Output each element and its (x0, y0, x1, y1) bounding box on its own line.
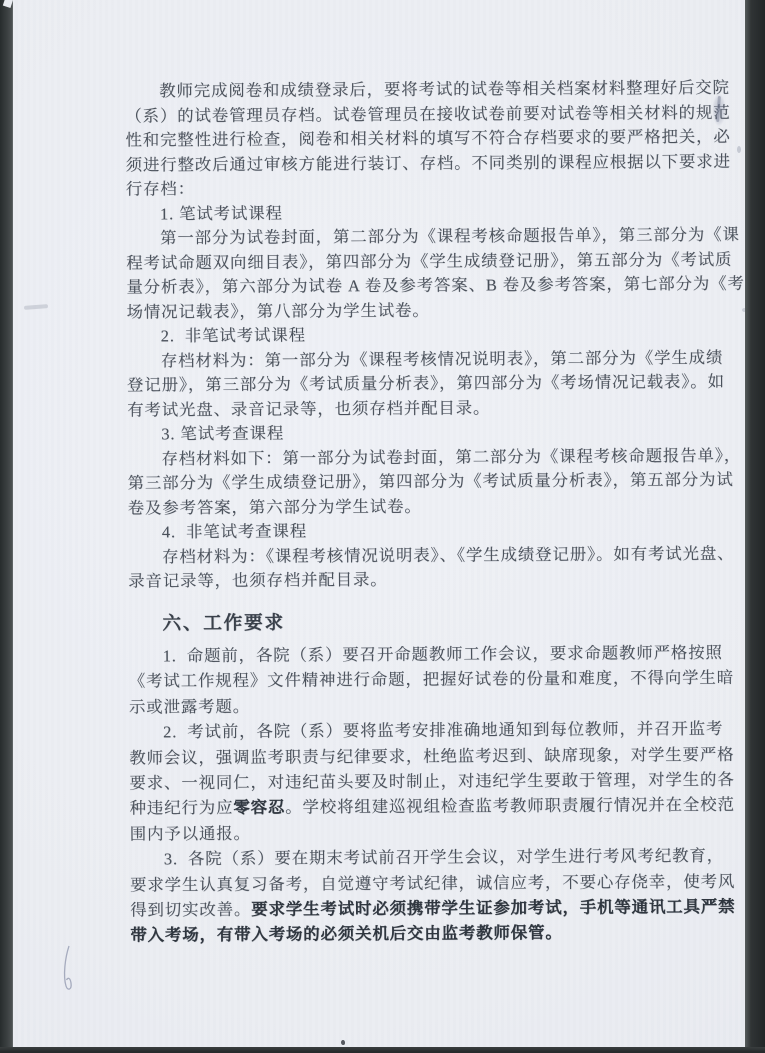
document-line: 性和完整性进行检查，阅卷和相关材料的填写不符合存档要求的要严格把关，必 (125, 125, 725, 153)
text-segment: 存档材料为：《课程考核情况说明表》、《学生成绩登记册》。如有考试光盘、 (162, 543, 734, 565)
document-line: 围内予以通报。 (130, 818, 730, 847)
document-line: 要求学生认真复习备考，自觉遵守考试纪律，诚信应考，不要心存侥幸，使考风 (130, 868, 730, 897)
document-line: 4. 非笔试考查课程 (128, 517, 728, 545)
section-heading: 六、工作要求 (162, 609, 285, 640)
text-segment: 教师会议，强调监考职责与纪律要求，杜绝监考迟到、缺席现象，对学生要严格 (129, 744, 734, 767)
text-segment: 示或泄露考题。 (129, 697, 250, 717)
text-segment: 存档材料为：第一部分为《课程考核情况说明表》，第二部分为《学生成绩 (161, 347, 723, 369)
text-segment: 量分析表》，第六部分为试卷 A 卷及参考答案、B 卷及参考答案，第七部分为《考 (126, 274, 744, 297)
document-line: 1. 命题前，各院（系）要召开命题教师工作会议，要求命题教师严格按照 (129, 640, 729, 669)
text-segment: 第一部分为试卷封面，第二部分为《课程考核命题报告单》，第三部分为《课 (160, 225, 740, 248)
document-line: 有考试光盘、录音记录等，也须存档并配目录。 (127, 394, 727, 422)
text-segment: 4. 非笔试考查课程 (162, 521, 307, 541)
text-segment: 场情况记载表》，第八部分为学生试卷。 (126, 300, 429, 321)
text-segment: 得到切实改善。 (130, 900, 251, 920)
text-segment: 3. 笔试考查课程 (161, 424, 284, 444)
text-segment: 《考试工作规程》文件精神进行命题，把握好试卷的份量和难度，不得向学生暗 (129, 668, 734, 691)
text-segment: 1. 命题前，各院（系）要召开命题教师工作会议，要求命题教师严格按照 (163, 643, 723, 665)
document-line: 种违纪行为应零容忍。学校将组建巡视组检查监考教师职责履行情况并在全校范 (130, 792, 730, 821)
document-line: 存档材料为：第一部分为《课程考核情况说明表》，第二部分为《学生成绩 (127, 345, 727, 373)
scanner-band-bottom (0, 1047, 765, 1053)
document-line: 3. 笔试考查课程 (127, 419, 727, 447)
document-line: （系）的试卷管理员存档。试卷管理员在接收试卷前要对试卷等相关材料的规范 (125, 100, 725, 128)
text-segment: 登记册》，第三部分为《考试质量分析表》，第四部分为《考场情况记载表》。如 (127, 372, 725, 395)
archiving-requirements-section: 教师完成阅卷和成绩登录后，要将考试的试卷等相关档案材料整理好后交院（系）的试卷管… (125, 76, 728, 594)
document-line: 第三部分为《学生成绩登记册》，第四部分为《考试质量分析表》，第五部分为试 (128, 468, 728, 496)
document-line: 登记册》，第三部分为《考试质量分析表》，第四部分为《考场情况记载表》。如 (127, 370, 727, 398)
document-line: 2. 非笔试考试课程 (127, 321, 727, 349)
text-segment: 3. 各院（系）要在期末考试前召开学生会议，对学生进行考风考纪教育， (164, 846, 724, 868)
text-segment: 要求学生考试时必须携带学生证参加考试，手机等通讯工具严禁 (251, 897, 735, 919)
document-line: 量分析表》，第六部分为试卷 A 卷及参考答案、B 卷及参考答案，第七部分为《考 (126, 272, 726, 300)
text-segment: 零容忍 (233, 798, 285, 817)
scanner-band-left (0, 0, 13, 1053)
document-line: 要求、一视同仁，对违纪苗头要及时制止，对违纪学生要敢于管理，对学生的各 (129, 767, 729, 796)
text-segment: 要求、一视同仁，对违纪苗头要及时制止，对违纪学生要敢于管理，对学生的各 (129, 770, 734, 793)
text-segment: 须进行整改后通过审核方能进行装订、存档。不同类别的课程应根据以下要求进 (126, 151, 731, 174)
document-line: 示或泄露考题。 (129, 691, 729, 720)
document-line: 场情况记载表》，第八部分为学生试卷。 (126, 296, 726, 324)
document-line: 行存档： (126, 174, 726, 202)
document-line: 卷及参考答案，第六部分为学生试卷。 (128, 492, 728, 520)
text-segment: 性和完整性进行检查，阅卷和相关材料的填写不符合存档要求的要严格把关，必 (125, 127, 730, 150)
text-segment: 教师完成阅卷和成绩登录后，要将考试的试卷等相关档案材料整理好后交院 (159, 78, 730, 100)
document-line: 教师完成阅卷和成绩登录后，要将考试的试卷等相关档案材料整理好后交院 (125, 76, 725, 104)
text-segment: 带入考场，有带入考场的必须关机后交由监考教师保管。 (130, 923, 562, 945)
text-segment: 存档材料如下：第一部分为试卷封面，第二部分为《课程考核命题报告单》， (161, 445, 741, 468)
text-segment: 围内予以通报。 (130, 824, 251, 844)
document-line: 程考试命题双向细目表》，第四部分为《学生成绩登记册》，第五部分为《考试质 (126, 247, 726, 275)
paper-notch (3, 0, 13, 8)
document-line: 须进行整改后通过审核方能进行装订、存档。不同类别的课程应根据以下要求进 (126, 149, 726, 177)
document-line: 录音记录等，也须存档并配目录。 (128, 566, 728, 594)
text-segment: 有考试光盘、录音记录等，也须存档并配目录。 (127, 398, 490, 419)
document-line: 3. 各院（系）要在期末考试前召开学生会议，对学生进行考风考纪教育， (130, 843, 730, 872)
text-segment: 程考试命题双向细目表》，第四部分为《学生成绩登记册》，第五部分为《考试质 (126, 249, 732, 272)
document-line: 《考试工作规程》文件精神进行命题，把握好试卷的份量和难度，不得向学生暗 (129, 665, 729, 694)
work-requirements-section: 1. 命题前，各院（系）要召开命题教师工作会议，要求命题教师严格按照《考试工作规… (129, 640, 731, 948)
text-segment: 1. 笔试考试课程 (160, 203, 283, 223)
text-segment: 2. 非笔试考试课程 (161, 325, 306, 345)
document-line: 2. 考试前，各院（系）要将监考安排准确地通知到每位教师，并召开监考 (129, 716, 729, 745)
document-line: 带入考场，有带入考场的必须关机后交由监考教师保管。 (130, 919, 730, 948)
document-line: 教师会议，强调监考职责与纪律要求，杜绝监考迟到、缺席现象，对学生要严格 (129, 741, 729, 770)
scanner-band-right (745, 0, 765, 1053)
document-line: 第一部分为试卷封面，第二部分为《课程考核命题报告单》，第三部分为《课 (126, 223, 726, 251)
document-line: 得到切实改善。要求学生考试时必须携带学生证参加考试，手机等通讯工具严禁 (130, 894, 730, 923)
text-segment: 行存档： (126, 179, 195, 198)
text-segment: 卷及参考答案，第六部分为学生试卷。 (128, 496, 422, 517)
text-segment: 2. 考试前，各院（系）要将监考安排准确地通知到每位教师，并召开监考 (163, 719, 723, 741)
scanned-document-page: 教师完成阅卷和成绩登录后，要将考试的试卷等相关档案材料整理好后交院（系）的试卷管… (0, 0, 765, 1053)
text-segment: 要求学生认真复习备考，自觉遵守考试纪律，诚信应考，不要心存侥幸，使考风 (130, 871, 735, 894)
text-segment: 。学校将组建巡视组检查监考教师职责履行情况并在全校范 (285, 795, 735, 817)
document-line: 存档材料为：《课程考核情况说明表》、《学生成绩登记册》。如有考试光盘、 (128, 541, 728, 569)
document-line: 存档材料如下：第一部分为试卷封面，第二部分为《课程考核命题报告单》， (127, 443, 727, 471)
document-line: 1. 笔试考试课程 (126, 198, 726, 226)
text-segment: （系）的试卷管理员存档。试卷管理员在接收试卷前要对试卷等相关材料的规范 (125, 102, 730, 125)
text-segment: 录音记录等，也须存档并配目录。 (128, 570, 387, 591)
document-content: 教师完成阅卷和成绩登录后，要将考试的试卷等相关档案材料整理好后交院（系）的试卷管… (0, 0, 765, 1053)
text-segment: 第三部分为《学生成绩登记册》，第四部分为《考试质量分析表》，第五部分为试 (128, 470, 734, 493)
text-segment: 种违纪行为应 (130, 798, 234, 818)
